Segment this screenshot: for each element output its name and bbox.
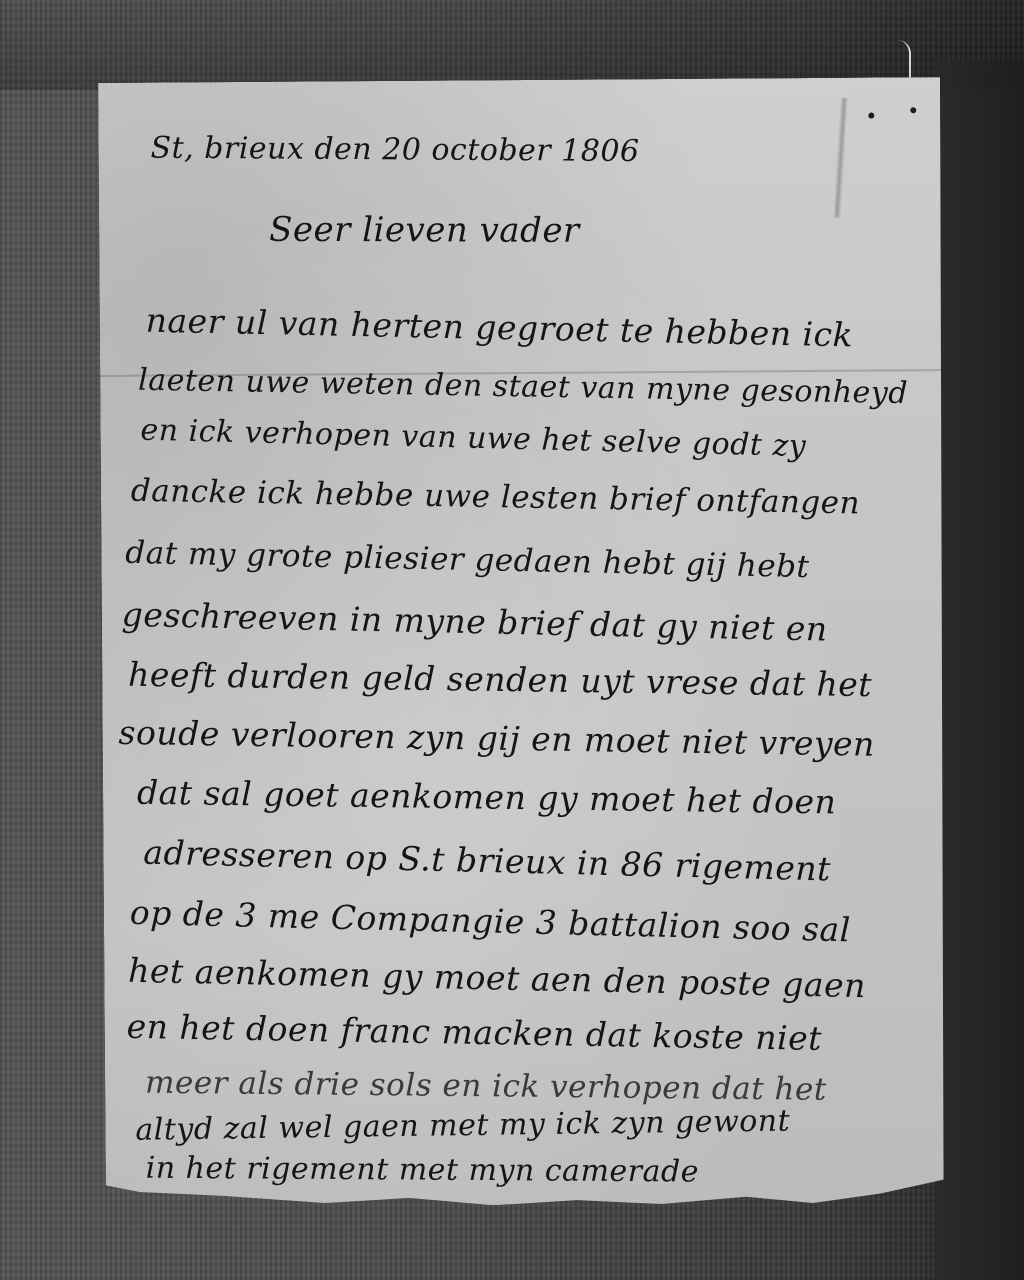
- letter-body-line: dancke ick hebbe uwe lesten brief ontfan…: [131, 473, 861, 522]
- letter-body-line: dat sal goet aenkomen gy moet het doen: [137, 773, 837, 822]
- ink-blot: [910, 107, 916, 113]
- letter-body-line: en ick verhopen van uwe het selve godt z…: [140, 413, 807, 464]
- letter-body-line: soude verlooren zyn gij en moet niet vre…: [118, 713, 875, 764]
- letter-body-line: op de 3 me Compangie 3 battalion soo sal: [129, 893, 851, 950]
- letter-paper: St, brieux den 20 october 1806 Seer liev…: [98, 77, 948, 1208]
- letter-body-line: meer als drie sols en ick verhopen dat h…: [145, 1065, 827, 1108]
- letter-body-line: altyd zal wel gaen met my ick zyn gewont: [135, 1104, 790, 1148]
- letter-body-line: naer ul van herten gegroet te hebben ick: [145, 301, 853, 355]
- letter-body-line: en het doen franc macken dat koste niet: [126, 1007, 822, 1058]
- ink-blot: [868, 113, 874, 119]
- letter-salutation: Seer lieven vader: [269, 210, 580, 251]
- letter-body-line: het aenkomen gy moet aen den poste gaen: [128, 951, 866, 1005]
- letter-body-line: adresseren op S.t brieux in 86 rigement: [143, 833, 831, 889]
- paper-vertical-crease: [833, 98, 849, 218]
- letter-body-line: dat my grote pliesier gedaen hebt gij he…: [125, 535, 810, 585]
- backdrop-shadow-right: [934, 60, 1024, 1280]
- letter-body-line: heeft durden geld senden uyt vrese dat h…: [128, 655, 872, 704]
- letter-body-line: geschreeven in myne brief dat gy niet en: [121, 595, 828, 649]
- letter-place-date: St, brieux den 20 october 1806: [150, 131, 639, 169]
- letter-body-line: in het rigement met myn camerade: [146, 1151, 699, 1190]
